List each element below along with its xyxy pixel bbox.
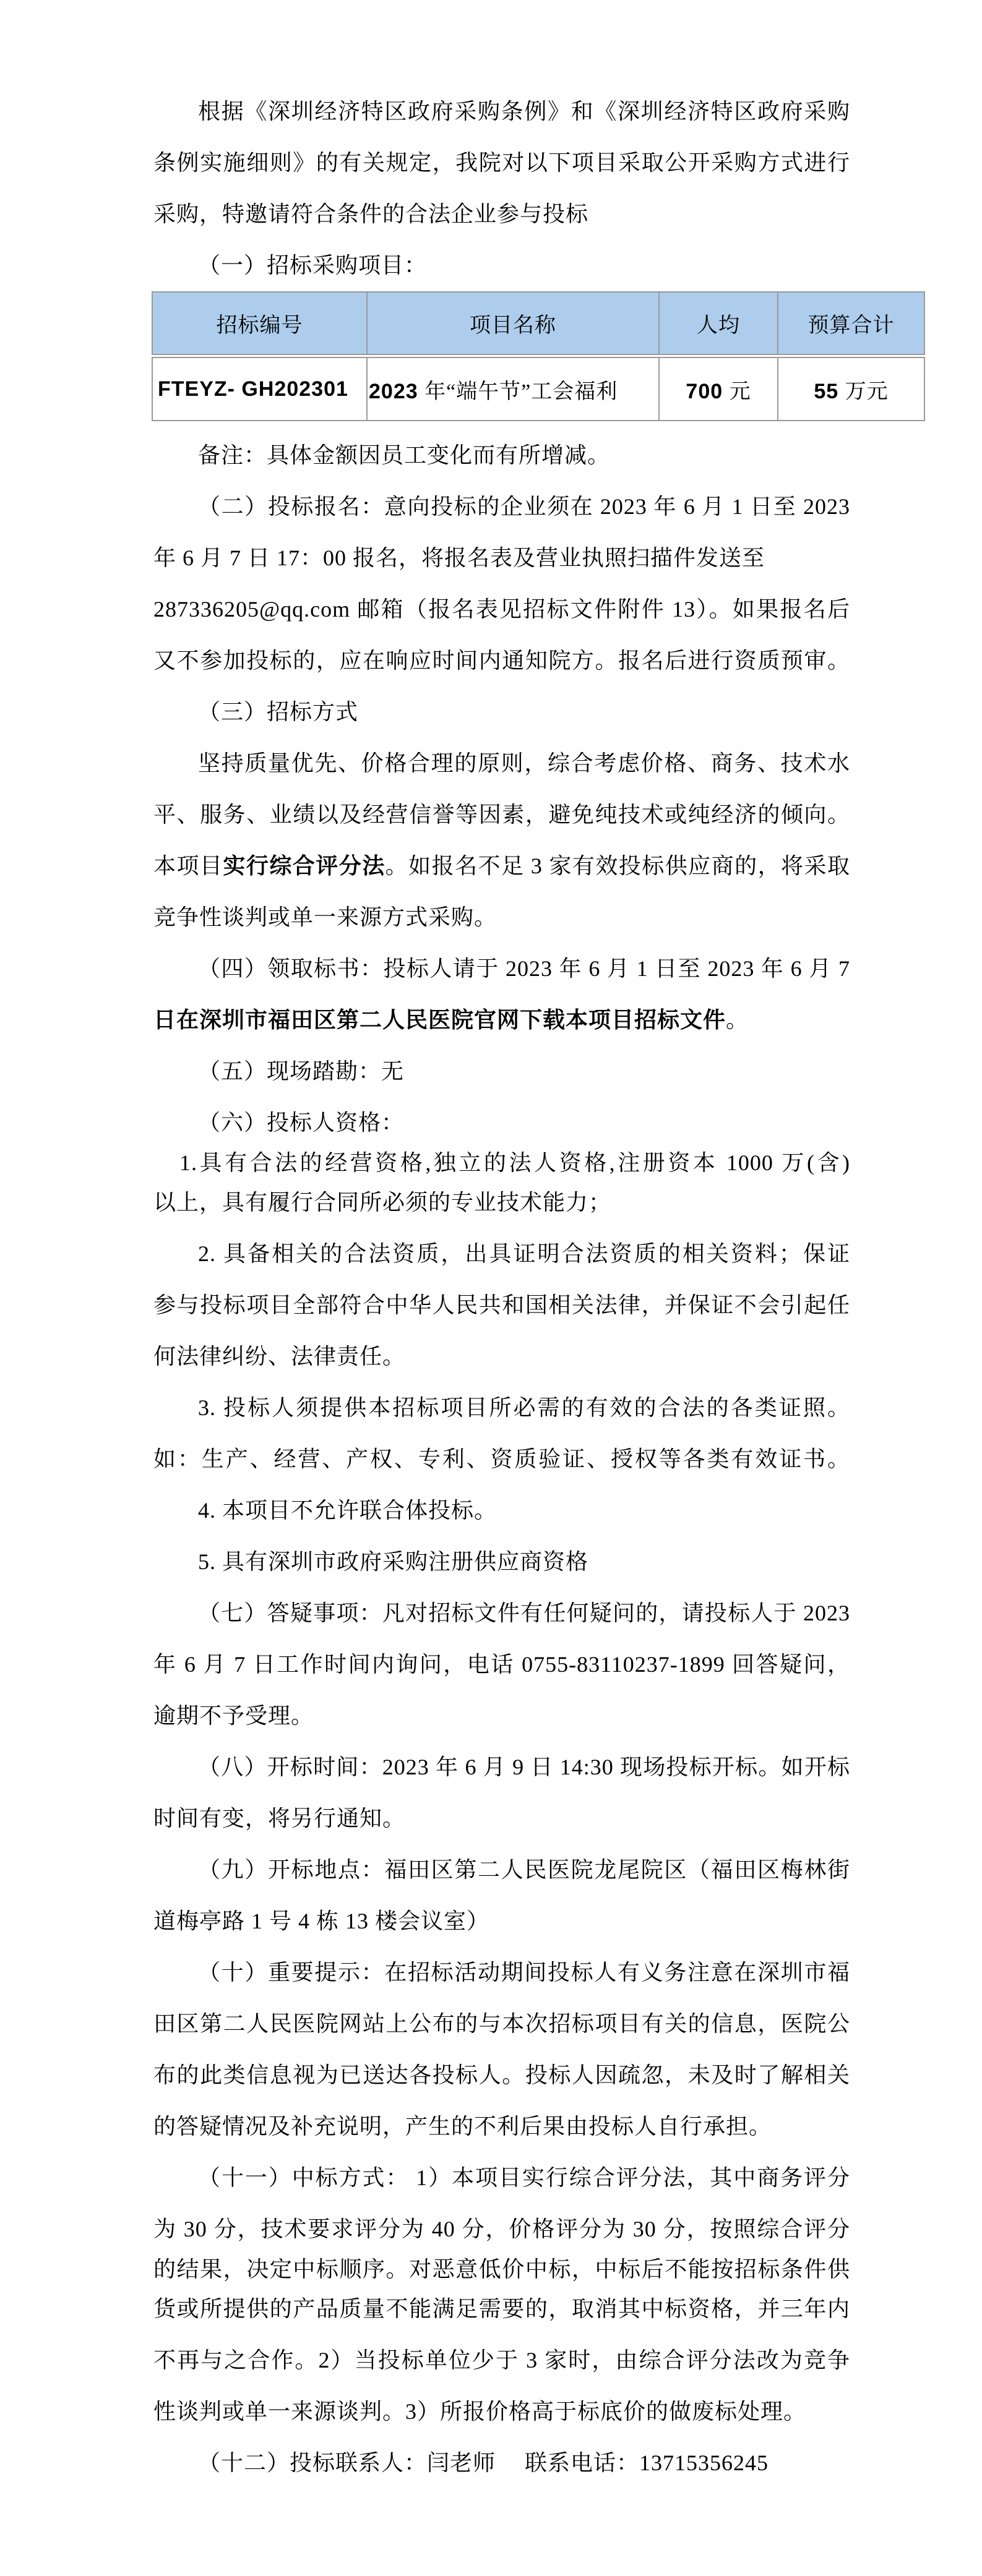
text-line: 布的此类信息视为已送达各投标人。投标人因疏忽，未及时了解相关: [153, 2050, 850, 2101]
text-line: 287336205@qq.com 邮箱（报名表见招标文件附件 13）。如果报名后: [153, 584, 850, 635]
header-project-name: 项目名称: [367, 292, 659, 356]
text-segment: 1.具有合法的经营资格,独立的法人资格,注册资本 1000 万(含): [179, 1150, 850, 1175]
text-segment: 如：生产、经营、产权、专利、资质验证、授权等各类有效证书。: [153, 1447, 850, 1471]
text-line: 日在深圳市福田区第二人民医院官网下载本项目招标文件。: [153, 995, 850, 1046]
text-line: 竞争性谈判或单一来源方式采购。: [153, 892, 850, 943]
budget-value: 55: [814, 380, 845, 403]
text-line: 性谈判或单一来源谈判。3）所报价格高于标底价的做废标处理。: [153, 2386, 850, 2437]
header-tender-code: 招标编号: [152, 292, 367, 356]
text-line: 的答疑情况及补充说明，产生的不利后果由投标人自行承担。: [153, 2101, 850, 2152]
per-capita-value: 700: [686, 380, 729, 403]
project-name-text: 年“端午节”工会福利: [424, 380, 618, 403]
text-line: 逾期不予受理。: [153, 1690, 850, 1742]
text-segment: 性谈判或单一来源谈判。3）所报价格高于标底价的做废标处理。: [153, 2399, 806, 2424]
text-segment: （四）领取标书：投标人请于 2023 年 6 月 1 日至 2023 年 6 月…: [198, 956, 850, 981]
text-line: 5. 具有深圳市政府采购注册供应商资格: [153, 1536, 850, 1588]
bold-text-segment: 实行综合评分法: [223, 854, 385, 878]
text-segment: 采购，特邀请符合条件的合法企业参与投标: [153, 202, 588, 226]
header-per-capita: 人均: [659, 292, 778, 356]
text-segment: 的答疑情况及补充说明，产生的不利后果由投标人自行承担。: [153, 2114, 772, 2139]
text-segment: 逾期不予受理。: [153, 1703, 314, 1728]
procurement-notice-document: 根据《深圳经济特区政府采购条例》和《深圳经济特区政府采购条例实施细则》的有关规定…: [0, 0, 982, 2576]
text-line: 以上，具有履行合同所必须的专业技术能力；: [153, 1177, 850, 1228]
text-segment: 2. 具备相关的合法资质，出具证明合法资质的相关资料；保证: [198, 1241, 850, 1266]
text-line: （六）投标人资格：: [153, 1097, 850, 1149]
text-segment: 货或所提供的产品质量不能满足需要的，取消其中标资格，并三年内: [153, 2296, 850, 2321]
text-segment: （九）开标地点：福田区第二人民医院龙尾院区（福田区梅林街: [198, 1857, 850, 1882]
text-segment: 竞争性谈判或单一来源方式采购。: [153, 905, 497, 930]
text-line: 平、服务、业绩以及经营信誉等因素，避免纯技术或纯经济的倾向。: [153, 789, 850, 841]
text-line: 3. 投标人须提供本招标项目所必需的有效的合法的各类证照。: [153, 1382, 850, 1434]
text-line: （九）开标地点：福田区第二人民医院龙尾院区（福田区梅林街: [153, 1844, 850, 1896]
body-paragraphs: 备注：具体金额因员工变化而有所增减。（二）投标报名：意向投标的企业须在 2023…: [153, 430, 850, 2489]
text-segment: 4. 本项目不允许联合体投标。: [198, 1498, 497, 1523]
text-segment: 田区第二人民医院网站上公布的与本次招标项目有关的信息，医院公: [153, 2011, 850, 2036]
text-segment: （二）投标报名：意向投标的企业须在 2023 年 6 月 1 日至 2023: [198, 494, 850, 519]
text-segment: 道梅亭路 1 号 4 栋 13 楼会议室）: [153, 1909, 489, 1933]
text-line: 为 30 分，技术要求评分为 40 分，价格评分为 30 分，按照综合评分: [153, 2204, 850, 2255]
text-line: 田区第二人民医院网站上公布的与本次招标项目有关的信息，医院公: [153, 1998, 850, 2050]
text-line: 条例实施细则》的有关规定，我院对以下项目采取公开采购方式进行: [153, 137, 850, 189]
text-segment: （三）招标方式: [198, 700, 358, 724]
text-line: 年 6 月 7 日工作时间内询问，电话 0755-83110237-1899 回…: [153, 1639, 850, 1690]
text-line: 道梅亭路 1 号 4 栋 13 楼会议室）: [153, 1896, 850, 1947]
text-segment: （十一）中标方式： 1）本项目实行综合评分法，其中商务评分: [198, 2165, 850, 2190]
text-line: 的结果，决定中标顺序。对恶意低价中标，中标后不能按招标条件供: [153, 2255, 850, 2283]
text-segment: 根据《深圳经济特区政府采购条例》和《深圳经济特区政府采购: [198, 99, 850, 124]
table-row: FTEYZ- GH202301 2023 年“端午节”工会福利 700 元 55…: [152, 356, 924, 421]
text-segment: 坚持质量优先、价格合理的原则，综合考虑价格、商务、技术水: [198, 751, 850, 776]
text-segment: 3. 投标人须提供本招标项目所必需的有效的合法的各类证照。: [198, 1395, 850, 1420]
text-line: 坚持质量优先、价格合理的原则，综合考虑价格、商务、技术水: [153, 738, 850, 789]
text-line: （五）现场踏勘：无: [153, 1046, 850, 1097]
per-capita-unit: 元: [730, 380, 751, 403]
text-line: 备注：具体金额因员工变化而有所增减。: [153, 430, 850, 481]
text-line: 不再与之合作。2）当投标单位少于 3 家时，由综合评分法改为竞争: [153, 2335, 850, 2386]
text-segment: 又不参加投标的，应在响应时间内通知院方。报名后进行资质预审。: [153, 648, 850, 673]
cell-project-name: 2023 年“端午节”工会福利: [367, 356, 659, 421]
text-line: 参与投标项目全部符合中华人民共和国相关法律，并保证不会引起任: [153, 1280, 850, 1331]
text-line: （七）答疑事项：凡对招标文件有任何疑问的，请投标人于 2023: [153, 1588, 850, 1639]
cell-budget-total: 55 万元: [778, 356, 924, 421]
text-line: 本项目实行综合评分法。如报名不足 3 家有效投标供应商的，将采取: [153, 841, 850, 892]
text-line: （十）重要提示：在招标活动期间投标人有义务注意在深圳市福: [153, 1947, 850, 1998]
header-budget-total: 预算合计: [778, 292, 924, 356]
text-segment: 本项目: [153, 854, 223, 878]
text-segment: 以上，具有履行合同所必须的专业技术能力；: [153, 1190, 611, 1215]
budget-unit: 万元: [845, 380, 889, 403]
text-line: 根据《深圳经济特区政府采购条例》和《深圳经济特区政府采购: [153, 86, 850, 137]
text-segment: 287336205@qq.com 邮箱（报名表见招标文件附件 13）。如果报名后: [153, 597, 850, 622]
project-year: 2023: [369, 380, 424, 403]
text-segment: 备注：具体金额因员工变化而有所增减。: [198, 443, 610, 468]
text-line: （二）投标报名：意向投标的企业须在 2023 年 6 月 1 日至 2023: [153, 481, 850, 533]
text-segment: 不再与之合作。2）当投标单位少于 3 家时，由综合评分法改为竞争: [153, 2348, 850, 2373]
text-segment: 为 30 分，技术要求评分为 40 分，价格评分为 30 分，按照综合评分: [153, 2217, 850, 2241]
text-line: 1.具有合法的经营资格,独立的法人资格,注册资本 1000 万(含): [153, 1149, 850, 1177]
text-line: （八）开标时间：2023 年 6 月 9 日 14:30 现场投标开标。如开标: [153, 1742, 850, 1793]
text-line: （三）招标方式: [153, 687, 850, 738]
text-segment: 5. 具有深圳市政府采购注册供应商资格: [198, 1549, 588, 1574]
text-line: 货或所提供的产品质量不能满足需要的，取消其中标资格，并三年内: [153, 2283, 850, 2335]
text-segment: 何法律纠纷、法律责任。: [153, 1344, 405, 1369]
text-segment: 的结果，决定中标顺序。对恶意低价中标，中标后不能按招标条件供: [153, 2257, 850, 2282]
text-line: （四）领取标书：投标人请于 2023 年 6 月 1 日至 2023 年 6 月…: [153, 943, 850, 995]
text-segment: （十二）投标联系人：闫老师 联系电话：13715356245: [198, 2450, 769, 2475]
text-segment: 时间有变，将另行通知。: [153, 1806, 405, 1831]
text-segment: （五）现场踏勘：无: [198, 1059, 404, 1084]
text-segment: （七）答疑事项：凡对招标文件有任何疑问的，请投标人于 2023: [198, 1601, 850, 1625]
text-line: （一）招标采购项目：: [153, 240, 850, 291]
text-segment: 布的此类信息视为已送达各投标人。投标人因疏忽，未及时了解相关: [153, 2063, 850, 2087]
text-segment: 年 6 月 7 日工作时间内询问，电话 0755-83110237-1899 回…: [153, 1652, 850, 1677]
text-segment: （一）招标采购项目：: [198, 253, 427, 278]
cell-tender-code: FTEYZ- GH202301: [152, 356, 367, 421]
text-line: 2. 具备相关的合法资质，出具证明合法资质的相关资料；保证: [153, 1228, 850, 1280]
text-segment: （六）投标人资格：: [198, 1110, 404, 1135]
text-segment: 条例实施细则》的有关规定，我院对以下项目采取公开采购方式进行: [153, 150, 850, 175]
bold-text-segment: 日在深圳市福田区第二人民医院官网下载本项目招标文件: [153, 1008, 726, 1032]
text-line: 如：生产、经营、产权、专利、资质验证、授权等各类有效证书。: [153, 1434, 850, 1485]
text-segment: 平、服务、业绩以及经营信誉等因素，避免纯技术或纯经济的倾向。: [153, 802, 850, 827]
text-segment: 。如报名不足 3 家有效投标供应商的，将采取: [385, 854, 850, 878]
text-segment: 年 6 月 7 日 17：00 报名，将报名表及营业执照扫描件发送至: [153, 546, 765, 570]
text-segment: 。: [726, 1008, 749, 1032]
table-header-row: 招标编号 项目名称 人均 预算合计: [152, 292, 924, 356]
text-line: （十二）投标联系人：闫老师 联系电话：13715356245: [153, 2437, 850, 2489]
text-line: 4. 本项目不允许联合体投标。: [153, 1485, 850, 1536]
text-line: 年 6 月 7 日 17：00 报名，将报名表及营业执照扫描件发送至: [153, 533, 850, 584]
text-segment: 参与投标项目全部符合中华人民共和国相关法律，并保证不会引起任: [153, 1293, 850, 1317]
text-segment: （十）重要提示：在招标活动期间投标人有义务注意在深圳市福: [198, 1960, 850, 1985]
text-segment: （八）开标时间：2023 年 6 月 9 日 14:30 现场投标开标。如开标: [198, 1755, 850, 1779]
cell-per-capita: 700 元: [659, 356, 778, 421]
text-line: 采购，特邀请符合条件的合法企业参与投标: [153, 189, 850, 240]
text-line: 何法律纠纷、法律责任。: [153, 1331, 850, 1382]
text-line: 时间有变，将另行通知。: [153, 1793, 850, 1844]
text-line: （十一）中标方式： 1）本项目实行综合评分法，其中商务评分: [153, 2152, 850, 2204]
text-line: 又不参加投标的，应在响应时间内通知院方。报名后进行资质预审。: [153, 635, 850, 687]
intro-paragraphs: 根据《深圳经济特区政府采购条例》和《深圳经济特区政府采购条例实施细则》的有关规定…: [153, 0, 850, 291]
procurement-table: 招标编号 项目名称 人均 预算合计 FTEYZ- GH202301 2023 年…: [152, 291, 925, 421]
